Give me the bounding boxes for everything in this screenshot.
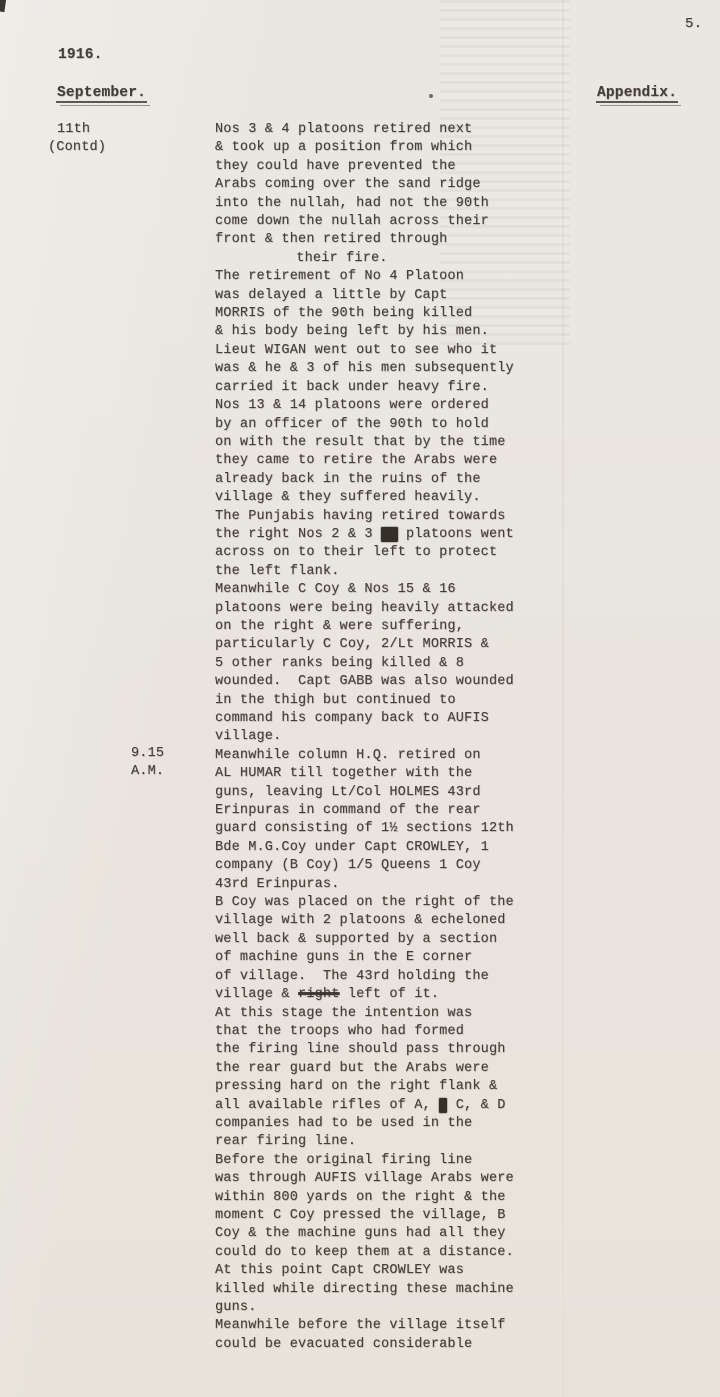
- body-line: & took up a position from which: [215, 139, 675, 157]
- body-line: companies had to be used in the: [215, 1115, 675, 1133]
- body-line: The Punjabis having retired towards: [215, 508, 675, 526]
- body-line: was through AUFIS village Arabs were: [215, 1170, 675, 1188]
- entry-date-note: 11th (Contd): [48, 121, 106, 158]
- body-line: B Coy was placed on the right of the: [215, 894, 675, 912]
- body-line: wounded. Capt GABB was also wounded: [215, 673, 675, 691]
- entry-meridiem: A.M.: [131, 763, 164, 781]
- body-line: guard consisting of 1½ sections 12th: [215, 820, 675, 838]
- body-line: killed while directing these machine: [215, 1281, 675, 1299]
- paper-speck: [429, 94, 433, 98]
- appendix-heading: Appendix.: [597, 85, 677, 101]
- entry-time: 9.15: [131, 745, 164, 763]
- body-line: 43rd Erinpuras.: [215, 876, 675, 894]
- body-line: on with the result that by the time: [215, 434, 675, 452]
- body-line: Nos 3 & 4 platoons retired next: [215, 121, 675, 139]
- body-line: their fire.: [215, 250, 675, 268]
- body-line: Arabs coming over the sand ridge: [215, 176, 675, 194]
- body-line: At this point Capt CROWLEY was: [215, 1262, 675, 1280]
- body-line: village & right left of it.: [215, 986, 675, 1004]
- overstruck-blot: B: [439, 1098, 447, 1113]
- body-line: Meanwhile column H.Q. retired on: [215, 747, 675, 765]
- body-line: was & he & 3 of his men subsequently: [215, 360, 675, 378]
- body-line: particularly C Coy, 2/Lt MORRIS &: [215, 636, 675, 654]
- body-line: come down the nullah across their: [215, 213, 675, 231]
- document-page: 5. 1916. September. Appendix. 11th (Cont…: [0, 0, 720, 1397]
- body-line: front & then retired through: [215, 231, 675, 249]
- year-heading: 1916.: [58, 47, 103, 63]
- body-line: that the troops who had formed: [215, 1023, 675, 1041]
- entry-contd: (Contd): [48, 139, 106, 157]
- body-line: Meanwhile before the village itself: [215, 1317, 675, 1335]
- body-line: village & they suffered heavily.: [215, 489, 675, 507]
- overstruck-blot: xx: [381, 527, 398, 542]
- body-line: guns, leaving Lt/Col HOLMES 43rd: [215, 784, 675, 802]
- body-line: carried it back under heavy fire.: [215, 379, 675, 397]
- body-line: Nos 13 & 14 platoons were ordered: [215, 397, 675, 415]
- body-line: in the thigh but continued to: [215, 692, 675, 710]
- body-line: Lieut WIGAN went out to see who it: [215, 342, 675, 360]
- body-line: village with 2 platoons & echeloned: [215, 912, 675, 930]
- body-line: well back & supported by a section: [215, 931, 675, 949]
- body-line: the left flank.: [215, 563, 675, 581]
- body-line: by an officer of the 90th to hold: [215, 416, 675, 434]
- body-line: 5 other ranks being killed & 8: [215, 655, 675, 673]
- body-line: on the right & were suffering,: [215, 618, 675, 636]
- body-line: Erinpuras in command of the rear: [215, 802, 675, 820]
- month-heading-text: September.: [57, 85, 146, 101]
- body-line: could be evacuated considerable: [215, 1336, 675, 1354]
- body-text: Nos 3 & 4 platoons retired next& took up…: [215, 121, 675, 1354]
- body-line: of village. The 43rd holding the: [215, 968, 675, 986]
- body-line: already back in the ruins of the: [215, 471, 675, 489]
- body-line: could do to keep them at a distance.: [215, 1244, 675, 1262]
- body-line: of machine guns in the E corner: [215, 949, 675, 967]
- body-line: into the nullah, had not the 90th: [215, 195, 675, 213]
- appendix-heading-text: Appendix.: [597, 85, 677, 101]
- entry-time-note: 9.15 A.M.: [131, 745, 164, 782]
- scan-artifact: [0, 0, 6, 12]
- body-line: company (B Coy) 1/5 Queens 1 Coy: [215, 857, 675, 875]
- body-line: the rear guard but the Arabs were: [215, 1060, 675, 1078]
- body-line: the firing line should pass through: [215, 1041, 675, 1059]
- body-line: across on to their left to protect: [215, 544, 675, 562]
- body-line: they came to retire the Arabs were: [215, 452, 675, 470]
- body-line: within 800 yards on the right & the: [215, 1189, 675, 1207]
- body-line: guns.: [215, 1299, 675, 1317]
- body-line: Meanwhile C Coy & Nos 15 & 16: [215, 581, 675, 599]
- body-line: moment C Coy pressed the village, B: [215, 1207, 675, 1225]
- body-line: all available rifles of A, B C, & D: [215, 1097, 675, 1115]
- month-heading: September.: [57, 85, 146, 101]
- body-line: Before the original firing line: [215, 1152, 675, 1170]
- body-line: At this stage the intention was: [215, 1005, 675, 1023]
- body-line: command his company back to AUFIS: [215, 710, 675, 728]
- body-line: & his body being left by his men.: [215, 323, 675, 341]
- body-line: the right Nos 2 & 3 xx platoons went: [215, 526, 675, 544]
- body-line: platoons were being heavily attacked: [215, 600, 675, 618]
- body-line: Coy & the machine guns had all they: [215, 1225, 675, 1243]
- entry-day: 11th: [48, 121, 106, 139]
- page-number: 5.: [685, 16, 702, 32]
- struck-out-text: right: [298, 987, 340, 1002]
- body-line: was delayed a little by Capt: [215, 287, 675, 305]
- body-line: The retirement of No 4 Platoon: [215, 268, 675, 286]
- body-line: they could have prevented the: [215, 158, 675, 176]
- body-line: MORRIS of the 90th being killed: [215, 305, 675, 323]
- body-line: Bde M.G.Coy under Capt CROWLEY, 1: [215, 839, 675, 857]
- body-line: AL HUMAR till together with the: [215, 765, 675, 783]
- body-line: rear firing line.: [215, 1133, 675, 1151]
- body-line: pressing hard on the right flank &: [215, 1078, 675, 1096]
- body-line: village.: [215, 728, 675, 746]
